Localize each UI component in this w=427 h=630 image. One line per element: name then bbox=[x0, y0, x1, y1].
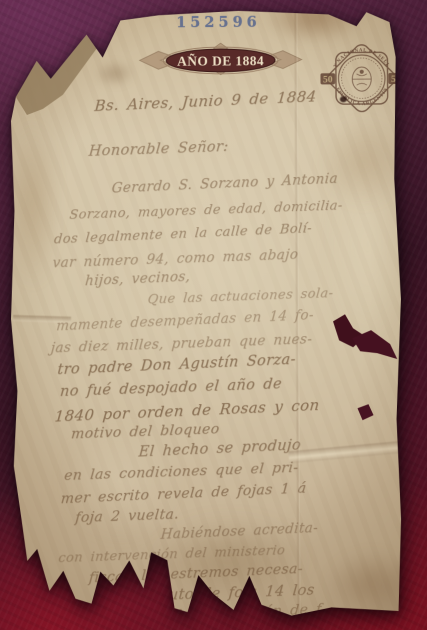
manuscript-line: dos legalmente en la calle de Bolí- bbox=[53, 221, 312, 247]
manuscript-line: Habiéndose acredita- bbox=[160, 520, 319, 543]
manuscript-line: tro padre Don Agustín Sorza- bbox=[57, 352, 297, 378]
manuscript-line: mamente desempeñadas en 14 fo- bbox=[56, 307, 315, 334]
manuscript-layer: Bs. Aires, Junio 9 de 1884Honorable Seño… bbox=[0, 0, 427, 630]
manuscript-line: 1840 por orden de Rosas y con bbox=[54, 396, 320, 426]
manuscript-line: no fué despojado el año de bbox=[59, 376, 282, 400]
manuscript-line: cuenta y la aprobación de f. bbox=[102, 601, 326, 627]
manuscript-line: Bs. Aires, Junio 9 de 1884 bbox=[94, 87, 317, 115]
manuscript-line: mer escrito revela de fojas 1 á bbox=[60, 480, 307, 507]
manuscript-line: Que las actuaciones sola- bbox=[147, 286, 334, 308]
document-paper: 152596 AÑO DE 1884 bbox=[0, 0, 427, 630]
manuscript-line: hijos, vecinos, bbox=[84, 269, 191, 290]
manuscript-line: var número 94, como mas abajo bbox=[52, 247, 299, 272]
manuscript-line: Gerardo S. Sorzano y Antonia bbox=[111, 171, 338, 197]
manuscript-line: El hecho se produjo bbox=[138, 437, 302, 460]
manuscript-line: Honorable Señor: bbox=[88, 139, 229, 160]
manuscript-line: en las condiciones que el pri- bbox=[63, 460, 299, 484]
manuscript-line: motivo del bloqueo bbox=[70, 421, 220, 442]
manuscript-line: fiscal, los estremos necesa- bbox=[88, 561, 303, 586]
document-photo: 152596 AÑO DE 1884 bbox=[0, 0, 427, 630]
manuscript-line: Sorzano, mayores de edad, domicilia- bbox=[69, 198, 344, 223]
manuscript-line: foja 2 vuelta. bbox=[75, 506, 180, 526]
